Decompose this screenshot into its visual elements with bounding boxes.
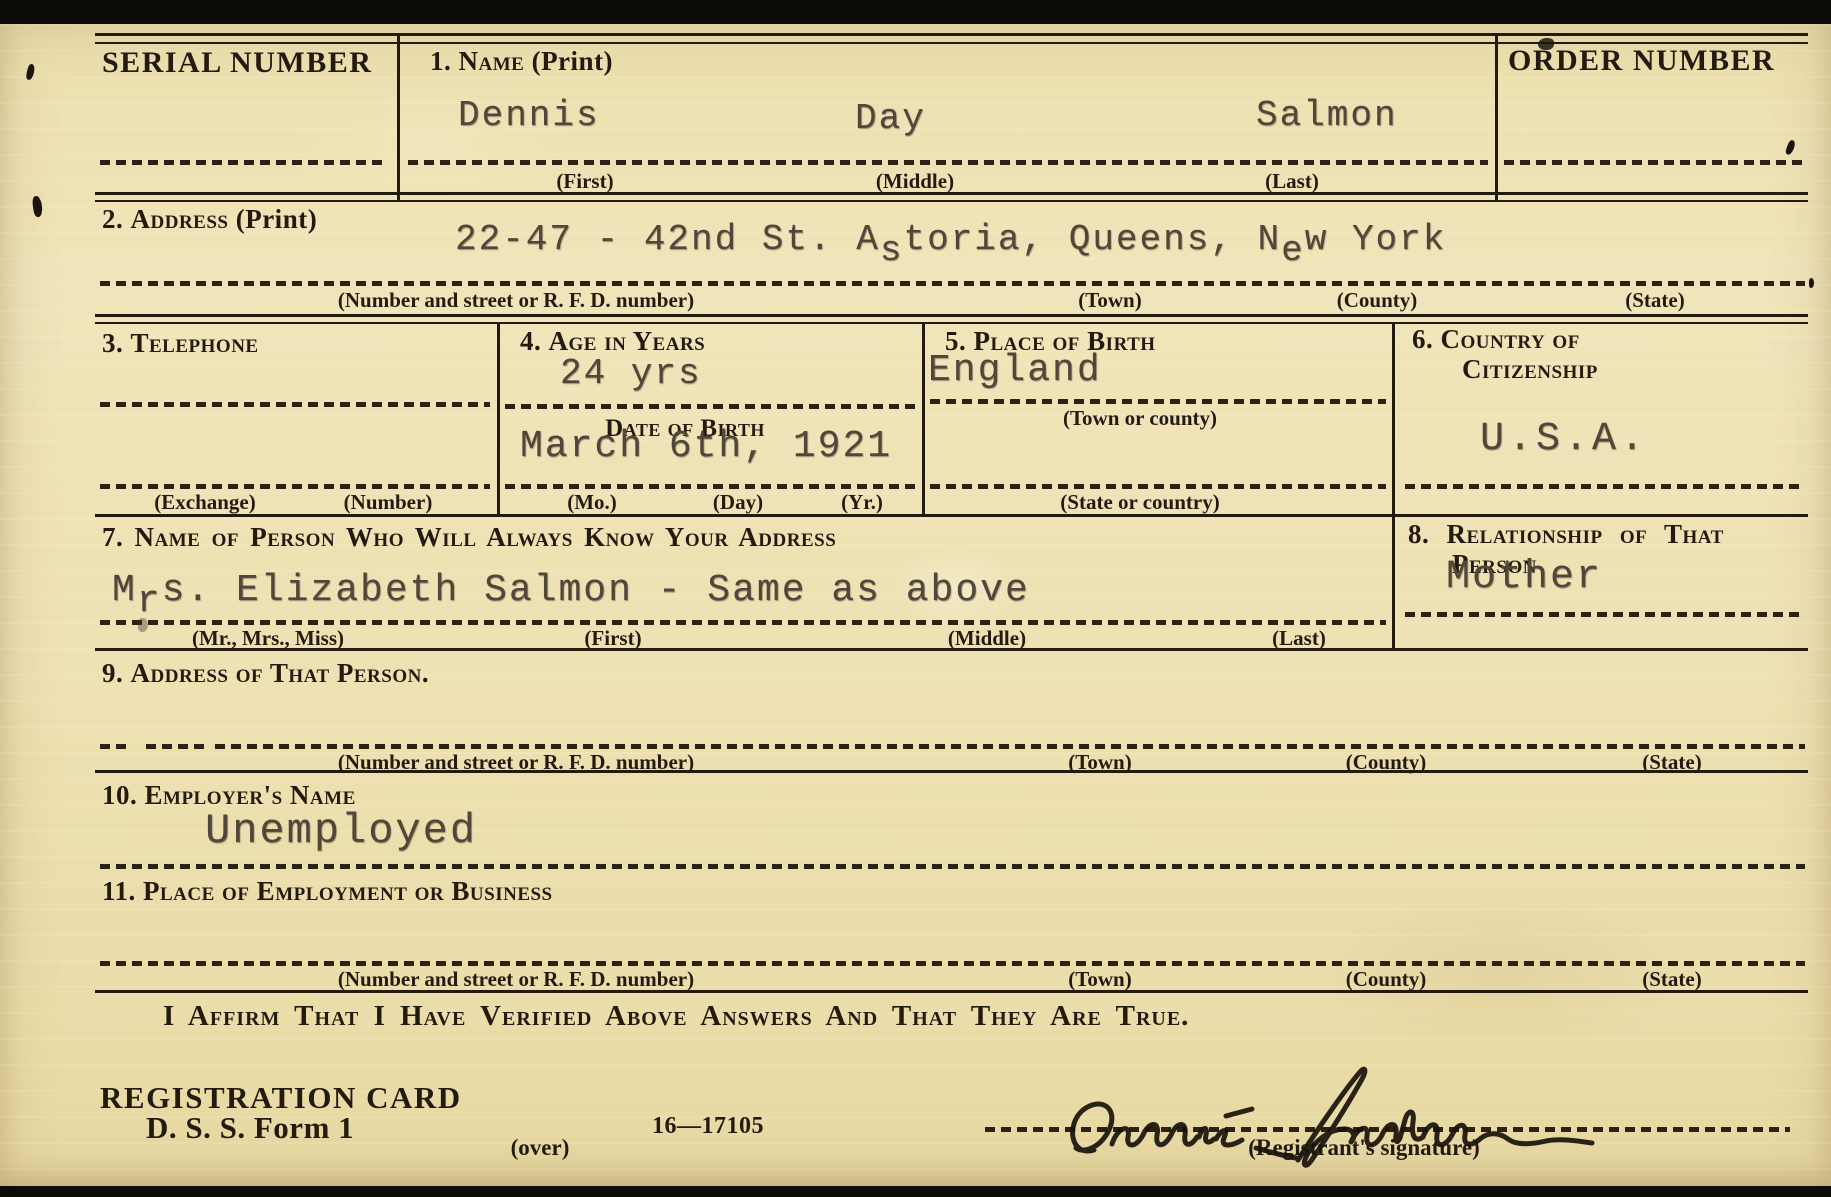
vrule [397,36,400,200]
typed-contact-person: Mrs. Elizabeth Salmon - Same as above [112,572,1030,610]
typed-employer: Unemployed [205,810,477,852]
relationship-field-label-line1: 8. Relationship of That [1408,521,1724,548]
telephone-entry-line [100,402,490,407]
dob-entry-line [505,484,915,489]
sublabel-county: (County) [1346,969,1427,990]
citizenship-field-label-line1: 6. Country of [1412,326,1580,353]
age-field-label: 4. Age in Years [520,328,705,355]
sublabel-mr-mrs-miss: (Mr., Mrs., Miss) [192,628,344,649]
sublabel-county: (County) [1337,290,1418,311]
telephone-number-line [100,484,490,489]
name-field-label: 1. Name (Print) [430,48,613,75]
hrule [95,514,1808,517]
typed-last-name: Salmon [1256,98,1398,134]
birthplace-town-line [930,399,1386,404]
order-entry-line [1504,160,1802,165]
form-name: D. S. S. Form 1 [146,1112,354,1143]
telephone-field-label: 3. Telephone [102,330,259,357]
order-number-label: Order Number [1508,46,1775,76]
sublabel-middle: (Middle) [948,628,1026,649]
serial-entry-line [100,160,388,165]
contact-address-entry-line [215,744,1805,749]
address-field-label: 2. Address (Print) [102,206,317,233]
vrule [922,322,925,514]
employment-place-field-label: 11. Place of Employment or Business [102,878,553,905]
sublabel-mo: (Mo.) [567,492,617,513]
vrule [1392,514,1395,651]
sublabel-state-or-country: (State or country) [1060,492,1219,513]
address-entry-line [100,281,1805,286]
stray-mark [100,744,130,749]
employer-field-label: 10. Employer's Name [102,782,356,809]
sublabel-day: (Day) [713,492,763,513]
sublabel-exchange: (Exchange) [154,492,256,513]
sublabel-number: (Number) [344,492,433,513]
sublabel-town: (Town) [1078,290,1141,311]
sublabel-middle: (Middle) [876,171,954,192]
serial-number-label: Serial Number [102,48,372,78]
typed-first-name: Dennis [458,98,600,134]
sublabel-state: (State) [1642,752,1701,773]
typed-age: 24 yrs [560,356,702,392]
sublabel-town: (Town) [1068,752,1131,773]
citizenship-entry-line [1405,484,1803,489]
typed-birthplace: England [928,352,1102,390]
sublabel-state: (State) [1625,290,1684,311]
hrule [95,314,1808,317]
sublabel-street: (Number and street or R. F. D. number) [338,969,694,990]
sublabel-last: (Last) [1272,628,1326,649]
vrule [1495,36,1498,200]
sublabel-county: (County) [1346,752,1427,773]
ink-blot [1538,38,1554,50]
hrule [95,200,1808,202]
typed-citizenship: U.S.A. [1480,420,1648,460]
sublabel-street: (Number and street or R. F. D. number) [338,290,694,311]
citizenship-field-label-line2: Citizenship [1462,356,1598,383]
sublabel-first: (First) [584,628,641,649]
birthplace-state-line [930,484,1386,489]
affirmation-statement: I Affirm That I Have Verified Above Answ… [163,1002,1189,1031]
registration-card: Serial Number 1. Name (Print) Order Numb… [0,24,1831,1186]
print-code: 16—17105 [652,1114,764,1138]
contact-person-field-label: 7. Name of Person Who Will Always Know Y… [102,524,836,551]
card-title: Registration Card [100,1082,462,1113]
vrule [497,322,500,514]
sublabel-state: (State) [1642,969,1701,990]
registrant-signature [1056,1064,1636,1174]
typed-middle-name: Day [855,101,926,137]
stray-mark [146,744,208,749]
sublabel-street: (Number and street or R. F. D. number) [338,752,694,773]
employment-place-entry-line [100,961,1805,966]
hrule [95,33,1808,36]
relationship-entry-line [1405,612,1803,617]
typed-date-of-birth: March 6th, 1921 [520,428,892,466]
employer-entry-line [100,864,1805,869]
name-entry-line [408,160,1488,165]
sublabel-town-or-county: (Town or county) [1063,408,1217,429]
sublabel-town: (Town) [1068,969,1131,990]
contact-entry-line [100,620,1386,625]
sublabel-last: (Last) [1265,171,1319,192]
typed-relationship: Mother [1446,558,1602,598]
typed-address: 22-47 - 42nd St. Astoria, Queens, New Yo… [455,222,1446,258]
sublabel-yr: (Yr.) [841,492,883,513]
serial-number-text: Serial Number [102,46,372,79]
age-entry-line [505,404,915,409]
contact-address-field-label: 9. Address of That Person. [102,660,429,687]
over-label: (over) [511,1136,570,1159]
vrule [1392,322,1395,514]
sublabel-first: (First) [556,171,613,192]
scanned-registration-card: { "palette": {"paper": "#eee1b3", "print… [0,0,1831,1197]
